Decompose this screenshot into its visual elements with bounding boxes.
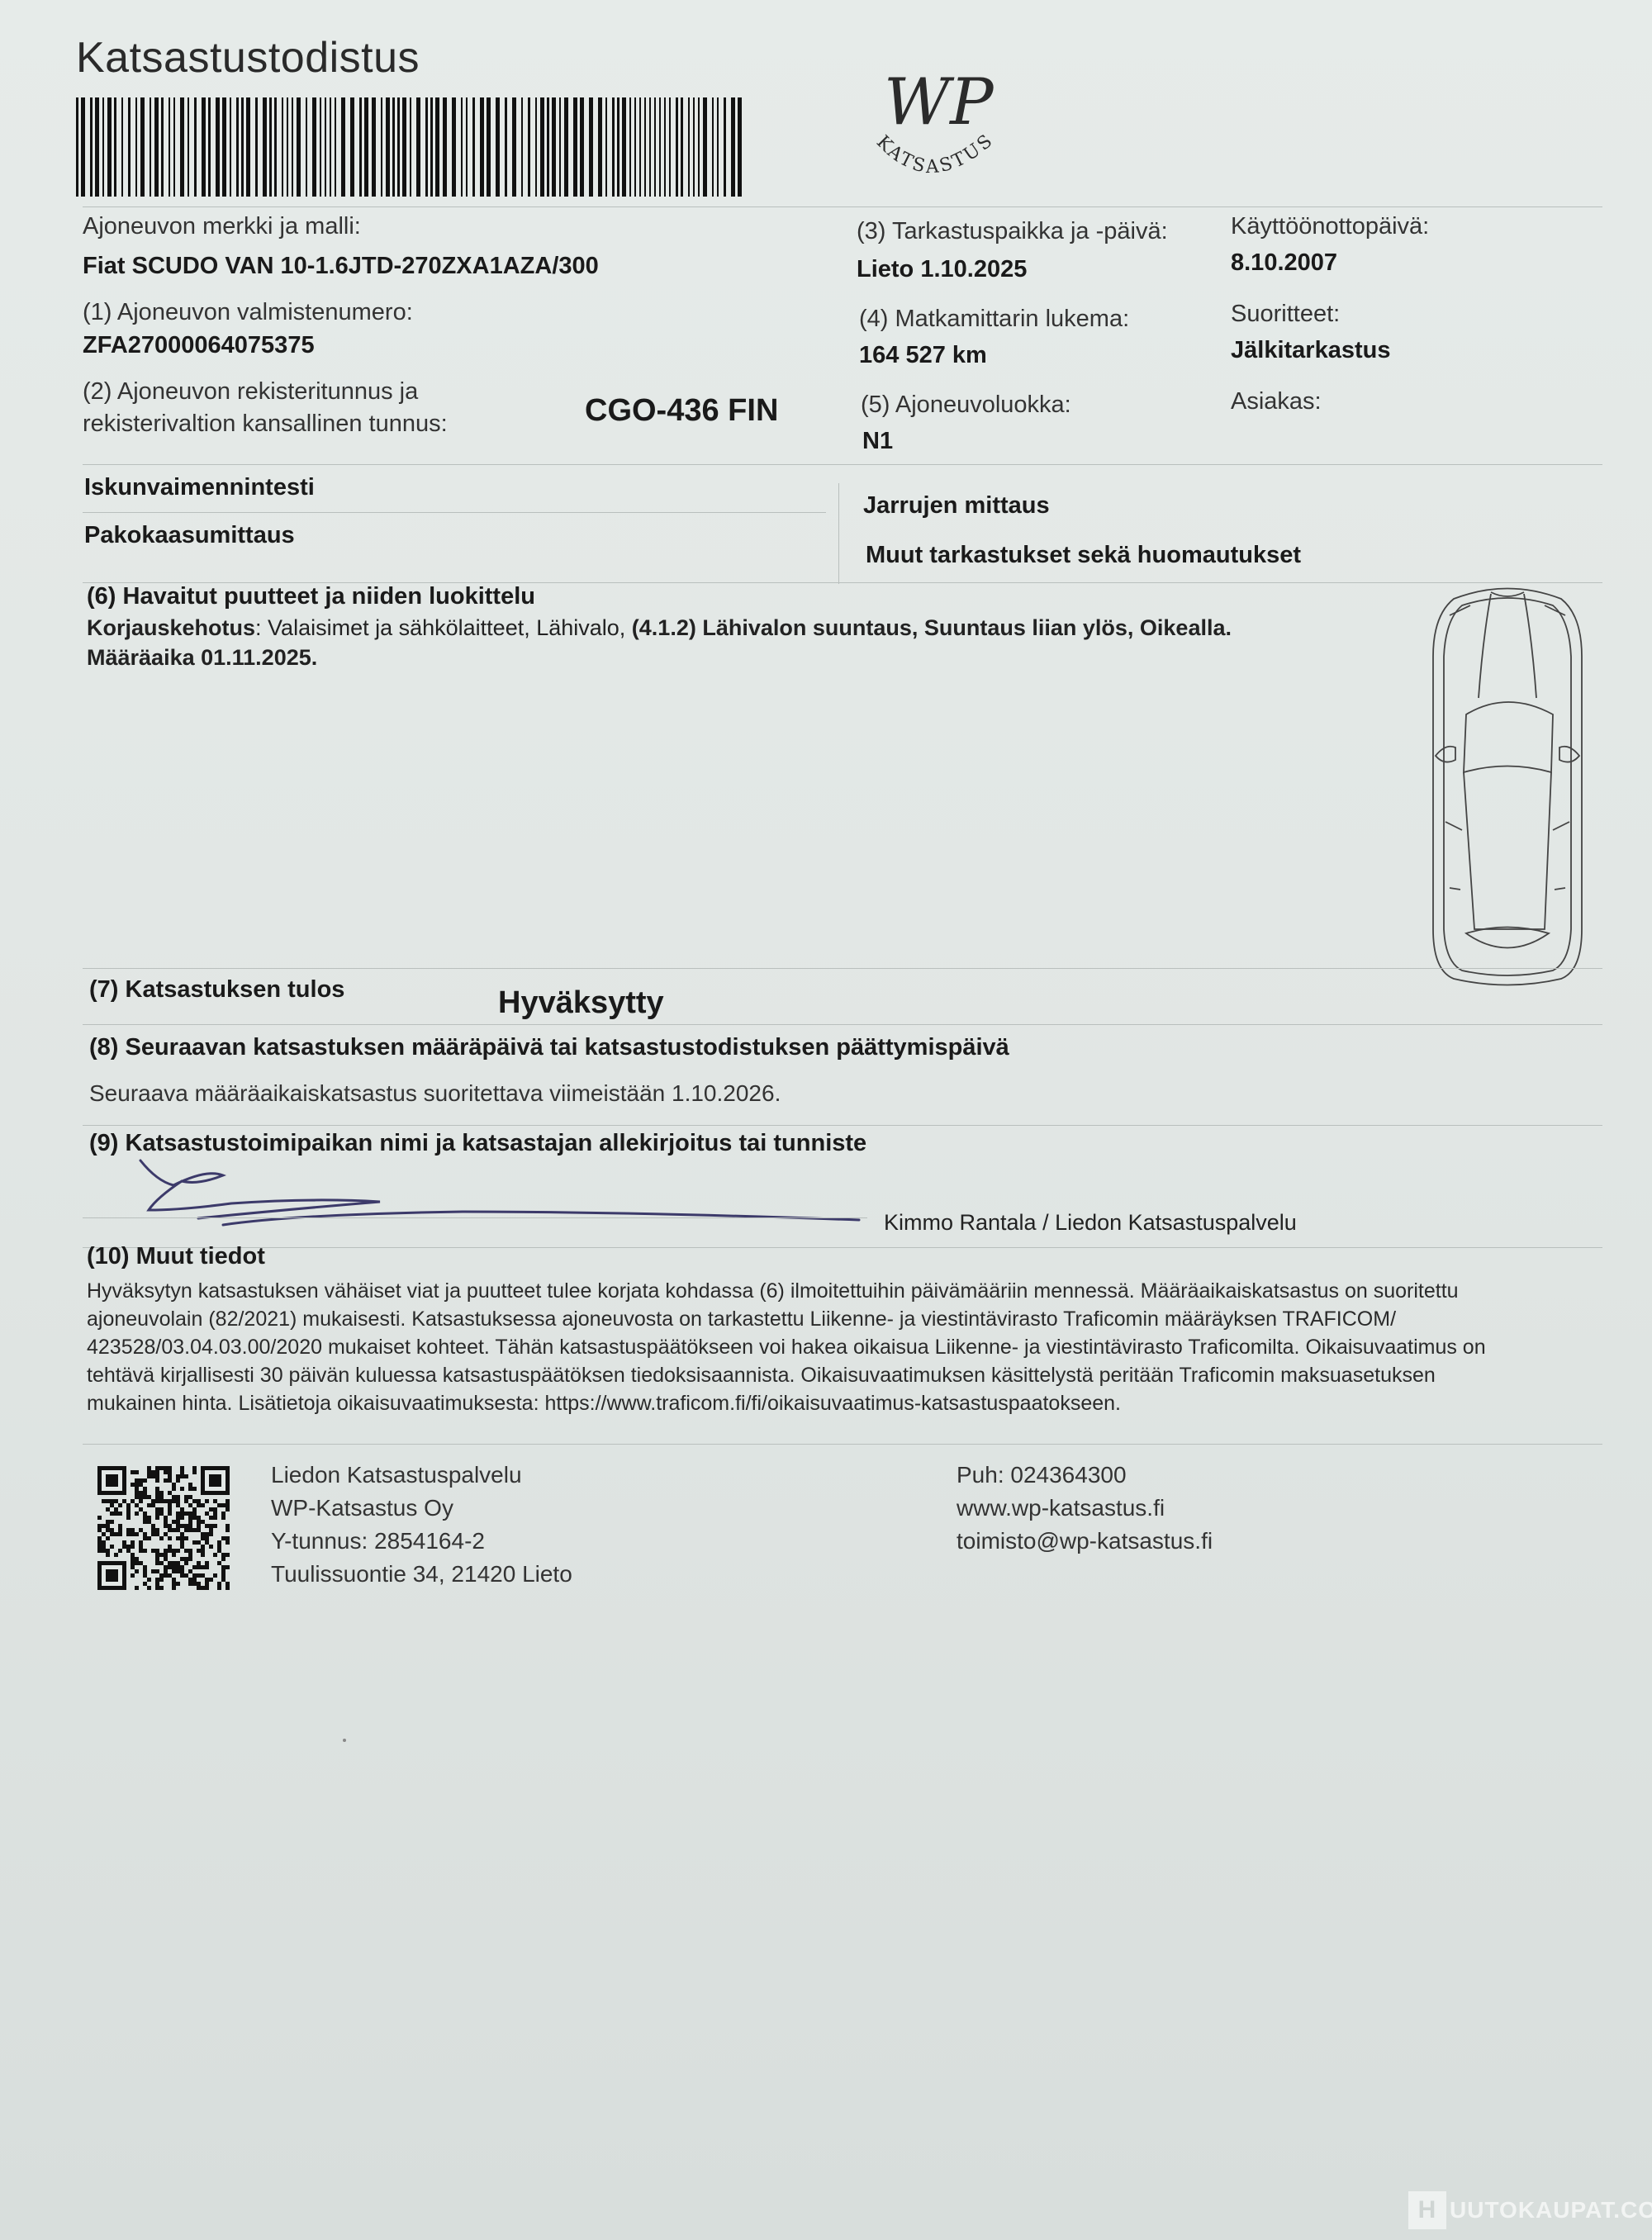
- other-info-line: 423528/03.04.03.00/2020 mukaiset kohteet…: [87, 1333, 1615, 1361]
- next-inspection-text: Seuraava määräaikaiskatsastus suoritetta…: [89, 1080, 781, 1107]
- huutokaupat-watermark: H UUTOKAUPAT.COM: [1408, 2191, 1652, 2229]
- defect-detail: (4.1.2) Lähivalon suuntaus, Suuntaus lii…: [632, 615, 1232, 640]
- divider: [83, 1024, 1602, 1025]
- defects-text: Korjauskehotus: Valaisimet ja sähkölaitt…: [87, 613, 1375, 672]
- first-use-value: 8.10.2007: [1231, 249, 1337, 277]
- make-model-label: Ajoneuvon merkki ja malli:: [83, 213, 361, 240]
- divider: [83, 464, 1602, 465]
- other-info-text: Hyväksytyn katsastuksen vähäiset viat ja…: [87, 1277, 1615, 1417]
- performed-label: Suoritteet:: [1231, 301, 1340, 328]
- odometer-label: (4) Matkamittarin lukema:: [859, 306, 1129, 333]
- vin-label: (1) Ajoneuvon valmistenumero:: [83, 299, 413, 326]
- inspector-name: Kimmo Rantala / Liedon Katsastuspalvelu: [884, 1210, 1297, 1236]
- customer-label: Asiakas:: [1231, 388, 1322, 415]
- reg-label-line1: (2) Ajoneuvon rekisteritunnus ja: [83, 378, 418, 406]
- test-shock-absorber: Iskunvaimennintesti: [84, 474, 315, 501]
- car-diagram: [1412, 582, 1602, 995]
- performed-value: Jälkitarkastus: [1231, 337, 1390, 364]
- barcode: [76, 97, 749, 197]
- other-info-line: mukainen hinta. Lisätietoja oikaisuvaati…: [87, 1389, 1615, 1417]
- make-model-value: Fiat SCUDO VAN 10-1.6JTD-270ZXA1AZA/300: [83, 253, 599, 280]
- reg-label-line2: rekisterivaltion kansallinen tunnus:: [83, 411, 448, 438]
- defect-category: Korjauskehotus: [87, 615, 255, 640]
- defect-item: : Valaisimet ja sähkölaitteet, Lähivalo,: [255, 615, 632, 640]
- divider: [838, 483, 839, 584]
- watermark-text: UUTOKAUPAT.COM: [1450, 2197, 1652, 2223]
- place-date-label: (3) Tarkastuspaikka ja -päivä:: [857, 218, 1168, 245]
- defects-heading: (6) Havaitut puutteet ja niiden luokitte…: [87, 583, 535, 610]
- divider: [83, 1217, 867, 1218]
- footer-phone: Puh: 024364300: [957, 1459, 1213, 1492]
- footer-address: Tuulissuontie 34, 21420 Lieto: [271, 1558, 572, 1591]
- signature-scribble: [132, 1152, 876, 1235]
- document-title: Katsastustodistus: [76, 33, 420, 83]
- test-brakes: Jarrujen mittaus: [863, 492, 1050, 520]
- qr-code: [97, 1466, 230, 1590]
- footer-company-name: Liedon Katsastuspalvelu: [271, 1459, 572, 1492]
- vin-value: ZFA27000064075375: [83, 332, 315, 359]
- divider: [83, 1125, 1602, 1126]
- footer-business-id: Y-tunnus: 2854164-2: [271, 1525, 572, 1558]
- footer-website[interactable]: www.wp-katsastus.fi: [957, 1492, 1213, 1525]
- other-info-line: Hyväksytyn katsastuksen vähäiset viat ja…: [87, 1277, 1615, 1305]
- footer-company-legal: WP-Katsastus Oy: [271, 1492, 572, 1525]
- divider: [83, 1444, 1602, 1445]
- test-other: Muut tarkastukset sekä huomautukset: [866, 542, 1301, 569]
- huutokaupat-logo-icon: H: [1408, 2191, 1446, 2229]
- registration-value: CGO-436 FIN: [585, 393, 778, 429]
- footer-email[interactable]: toimisto@wp-katsastus.fi: [957, 1525, 1213, 1558]
- test-exhaust: Pakokaasumittaus: [84, 522, 295, 549]
- odometer-value: 164 527 km: [859, 342, 987, 369]
- vehicle-class-value: N1: [862, 428, 893, 455]
- wp-katsastus-logo: WP KATSASTUS: [851, 58, 1032, 198]
- other-info-heading: (10) Muut tiedot: [87, 1243, 265, 1270]
- first-use-label: Käyttöönottopäivä:: [1231, 213, 1429, 240]
- place-date-value: Lieto 1.10.2025: [857, 256, 1027, 283]
- result-value: Hyväksytty: [498, 985, 664, 1021]
- other-info-line: tehtävä kirjallisesti 30 päivän kuluessa…: [87, 1361, 1615, 1389]
- divider: [83, 206, 1602, 207]
- divider: [83, 968, 1602, 969]
- other-info-line: ajoneuvolain (82/2021) mukaisesti. Katsa…: [87, 1305, 1615, 1333]
- footer-company: Liedon Katsastuspalvelu WP-Katsastus Oy …: [271, 1459, 572, 1591]
- dust-speck: [343, 1739, 346, 1742]
- defect-deadline: Määräaika 01.11.2025.: [87, 645, 317, 670]
- svg-text:WP: WP: [884, 65, 995, 140]
- next-inspection-heading: (8) Seuraavan katsastuksen määräpäivä ta…: [89, 1034, 1009, 1061]
- vehicle-class-label: (5) Ajoneuvoluokka:: [861, 392, 1071, 419]
- footer-contact: Puh: 024364300 www.wp-katsastus.fi toimi…: [957, 1459, 1213, 1558]
- divider: [83, 1247, 1602, 1248]
- divider: [83, 512, 826, 513]
- result-label: (7) Katsastuksen tulos: [89, 976, 344, 1004]
